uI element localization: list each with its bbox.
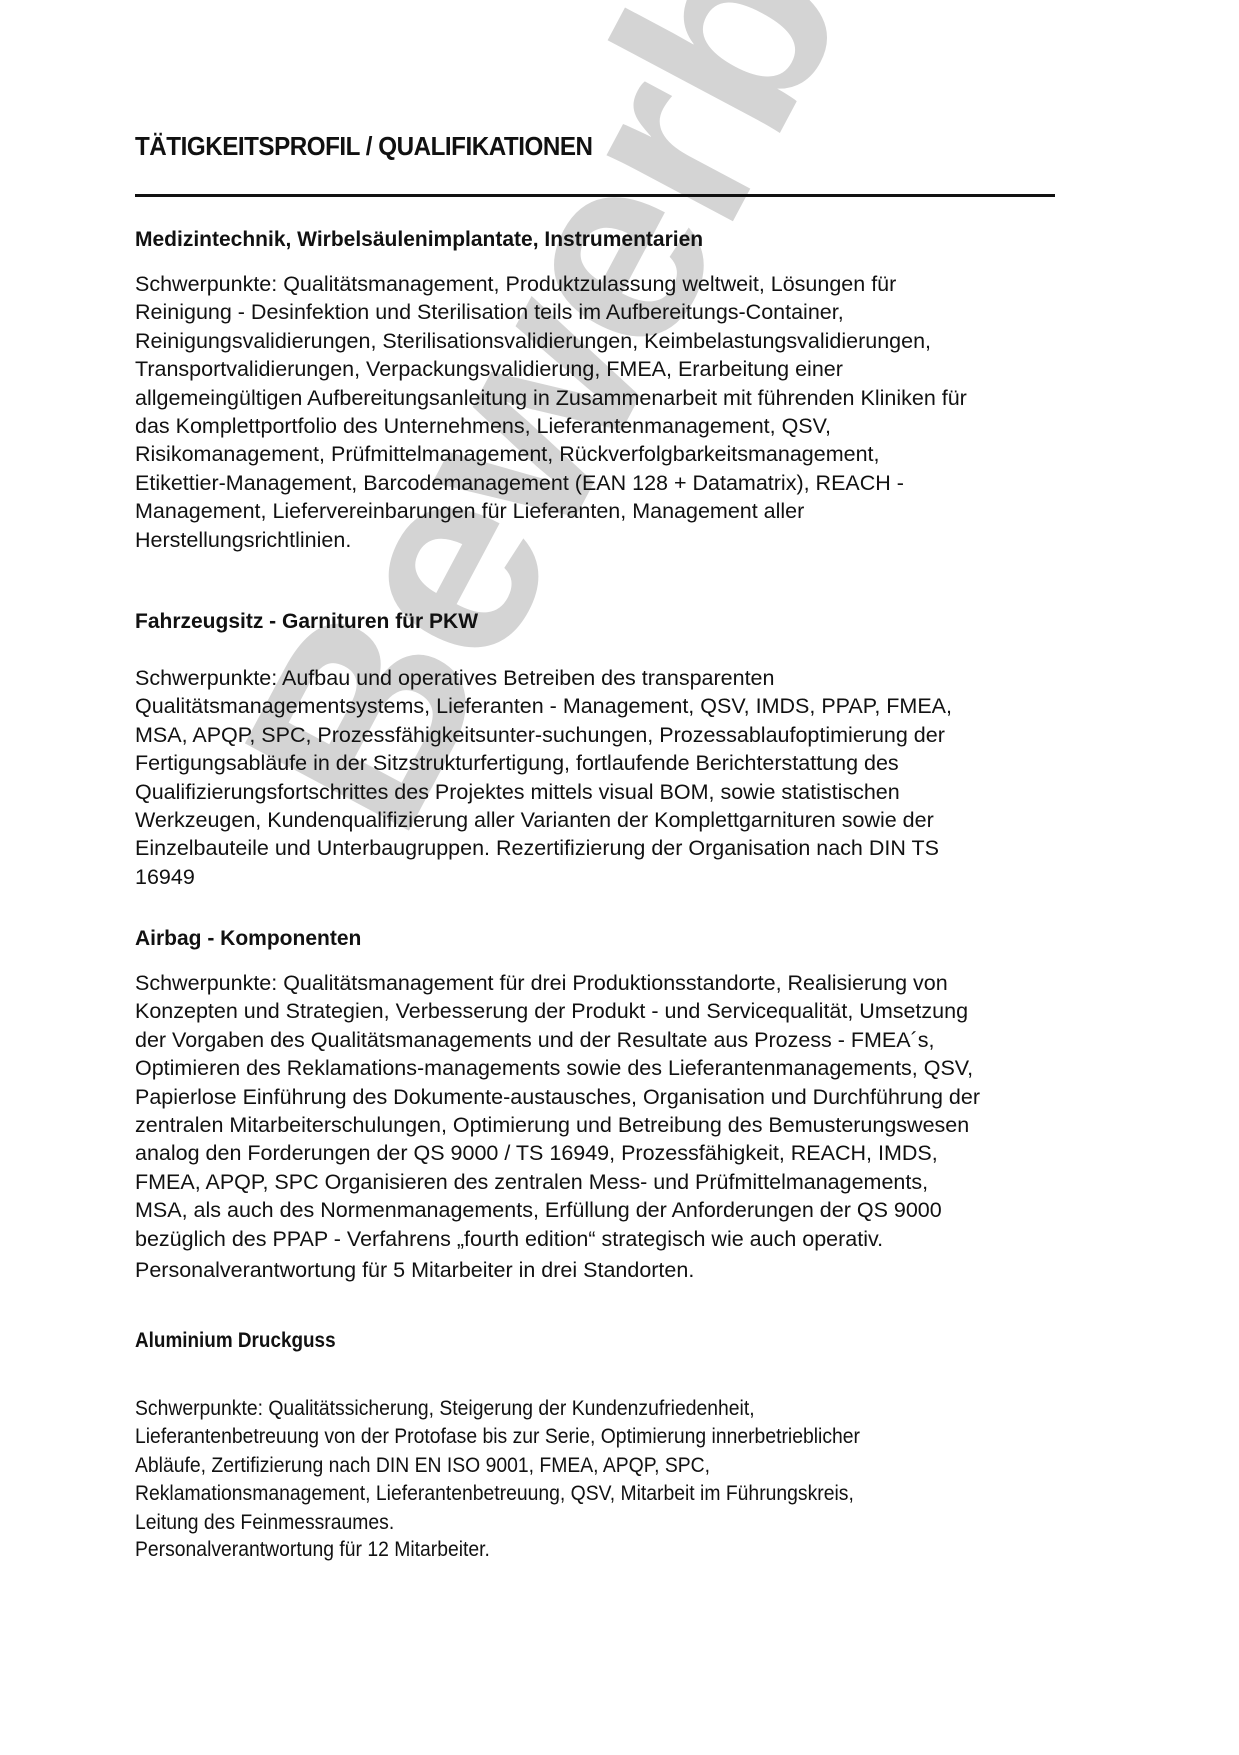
section-heading-fahrzeugsitz: Fahrzeugsitz - Garnituren für PKW xyxy=(135,610,478,634)
text-line: Risikomanagement, Prüfmittelmanagement, … xyxy=(135,440,1125,468)
text-line: Qualitätsmanagementsystems, Lieferanten … xyxy=(135,692,1125,720)
text-line: MSA, APQP, SPC, Prozessfähigkeitsunter-s… xyxy=(135,721,1125,749)
text-line: Transportvalidierungen, Verpackungsvalid… xyxy=(135,355,1125,383)
section-body-aluminium: Schwerpunkte: Qualitätssicherung, Steige… xyxy=(135,1394,1125,1536)
text-line: MSA, als auch des Normenmanagements, Erf… xyxy=(135,1196,1125,1224)
text-line: zentralen Mitarbeiterschulungen, Optimie… xyxy=(135,1111,1125,1139)
text-line: Management, Liefervereinbarungen für Lie… xyxy=(135,497,1125,525)
section-body-airbag: Schwerpunkte: Qualitätsmanagement für dr… xyxy=(135,969,1125,1253)
text-line: Leitung des Feinmessraumes. xyxy=(135,1508,1125,1536)
text-line: Etikettier-Management, Barcodemanagement… xyxy=(135,469,1125,497)
text-line: analog den Forderungen der QS 9000 / TS … xyxy=(135,1139,1125,1167)
text-line: der Vorgaben des Qualitätsmanagements un… xyxy=(135,1026,1125,1054)
text-line: Lieferantenbetreuung von der Protofase b… xyxy=(135,1422,1125,1450)
text-line: Schwerpunkte: Aufbau und operatives Betr… xyxy=(135,664,1125,692)
document-page: TÄTIGKEITSPROFIL / QUALIFIKATIONEN Mediz… xyxy=(0,0,1239,1755)
section-body-fahrzeugsitz: Schwerpunkte: Aufbau und operatives Betr… xyxy=(135,664,1125,891)
text-line: Einzelbauteile und Unterbaugruppen. Reze… xyxy=(135,834,1125,862)
text-line: Schwerpunkte: Qualitätsmanagement, Produ… xyxy=(135,270,1125,298)
text-line: das Komplettportfolio des Unternehmens, … xyxy=(135,412,1125,440)
text-line: Optimieren des Reklamations-managements … xyxy=(135,1054,1125,1082)
text-line: FMEA, APQP, SPC Organisieren des zentral… xyxy=(135,1168,1125,1196)
text-line: 16949 xyxy=(135,863,1125,891)
text-line: Konzepten und Strategien, Verbesserung d… xyxy=(135,997,1125,1025)
text-line: Fertigungsabläufe in der Sitzstrukturfer… xyxy=(135,749,1125,777)
text-line: Papierlose Einführung des Dokumente-aust… xyxy=(135,1083,1125,1111)
text-line: Qualifizierungsfortschrittes des Projekt… xyxy=(135,778,1125,806)
section-note-aluminium: Personalverantwortung für 12 Mitarbeiter… xyxy=(135,1537,490,1562)
text-line: Reinigung - Desinfektion und Sterilisati… xyxy=(135,298,1125,326)
text-line: Abläufe, Zertifizierung nach DIN EN ISO … xyxy=(135,1451,1125,1479)
text-line: Reklamationsmanagement, Lieferantenbetre… xyxy=(135,1479,1125,1507)
text-line: bezüglich des PPAP - Verfahrens „fourth … xyxy=(135,1225,1125,1253)
section-heading-airbag: Airbag - Komponenten xyxy=(135,927,361,951)
section-heading-aluminium: Aluminium Druckguss xyxy=(135,1329,336,1353)
section-heading-medizintechnik: Medizintechnik, Wirbelsäulenimplantate, … xyxy=(135,228,703,252)
page-title: TÄTIGKEITSPROFIL / QUALIFIKATIONEN xyxy=(135,131,592,162)
text-line: Schwerpunkte: Qualitätsmanagement für dr… xyxy=(135,969,1125,997)
text-line: allgemeingültigen Aufbereitungsanleitung… xyxy=(135,384,1125,412)
text-line: Herstellungsrichtlinien. xyxy=(135,526,1125,554)
section-note-airbag: Personalverantwortung für 5 Mitarbeiter … xyxy=(135,1258,694,1283)
text-line: Reinigungsvalidierungen, Sterilisationsv… xyxy=(135,327,1125,355)
section-body-medizintechnik: Schwerpunkte: Qualitätsmanagement, Produ… xyxy=(135,270,1125,554)
title-divider xyxy=(135,194,1055,197)
text-line: Werkzeugen, Kundenqualifizierung aller V… xyxy=(135,806,1125,834)
text-line: Schwerpunkte: Qualitätssicherung, Steige… xyxy=(135,1394,1125,1422)
